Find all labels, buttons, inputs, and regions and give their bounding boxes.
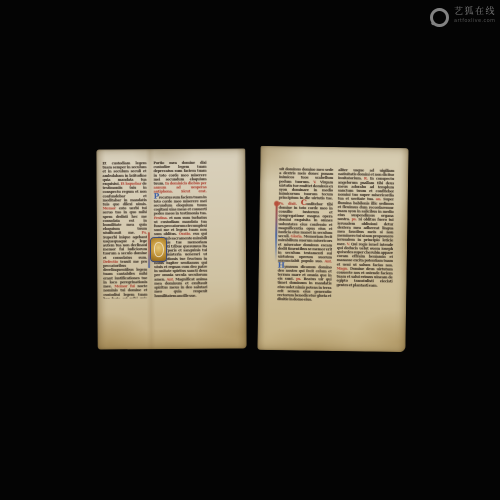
illuminated-initial bbox=[151, 238, 166, 261]
watermark-site-text: artfoxlive.com bbox=[454, 18, 496, 25]
leaf-right-text-column-2: aliter usque ad uigiliam natiuitatis dom… bbox=[336, 168, 394, 308]
watermark-brand-text: 艺狐在线 bbox=[454, 7, 496, 18]
manuscript-leaf-right: uit dominus domino meo sede a dextris me… bbox=[257, 146, 408, 352]
manuscript-leaf-left: Et custodiam legem tuam semper in seculu… bbox=[96, 148, 246, 349]
watermark: 艺狐在线 artfoxlive.com bbox=[430, 7, 496, 27]
artfox-logo-icon bbox=[430, 8, 449, 27]
photo-background: 艺狐在线 artfoxlive.com Et custodiam legem t… bbox=[0, 0, 500, 500]
leaf-right-text-column-1: uit dominus domino meo sede a dextris me… bbox=[277, 167, 333, 309]
leaf-left-text-column-2: Portio mea domine dixi custodire legem t… bbox=[153, 161, 207, 298]
watermark-text-group: 艺狐在线 artfoxlive.com bbox=[454, 7, 496, 25]
leaf-left-text-column-1: Et custodiam legem tuam semper in seculu… bbox=[102, 161, 147, 298]
